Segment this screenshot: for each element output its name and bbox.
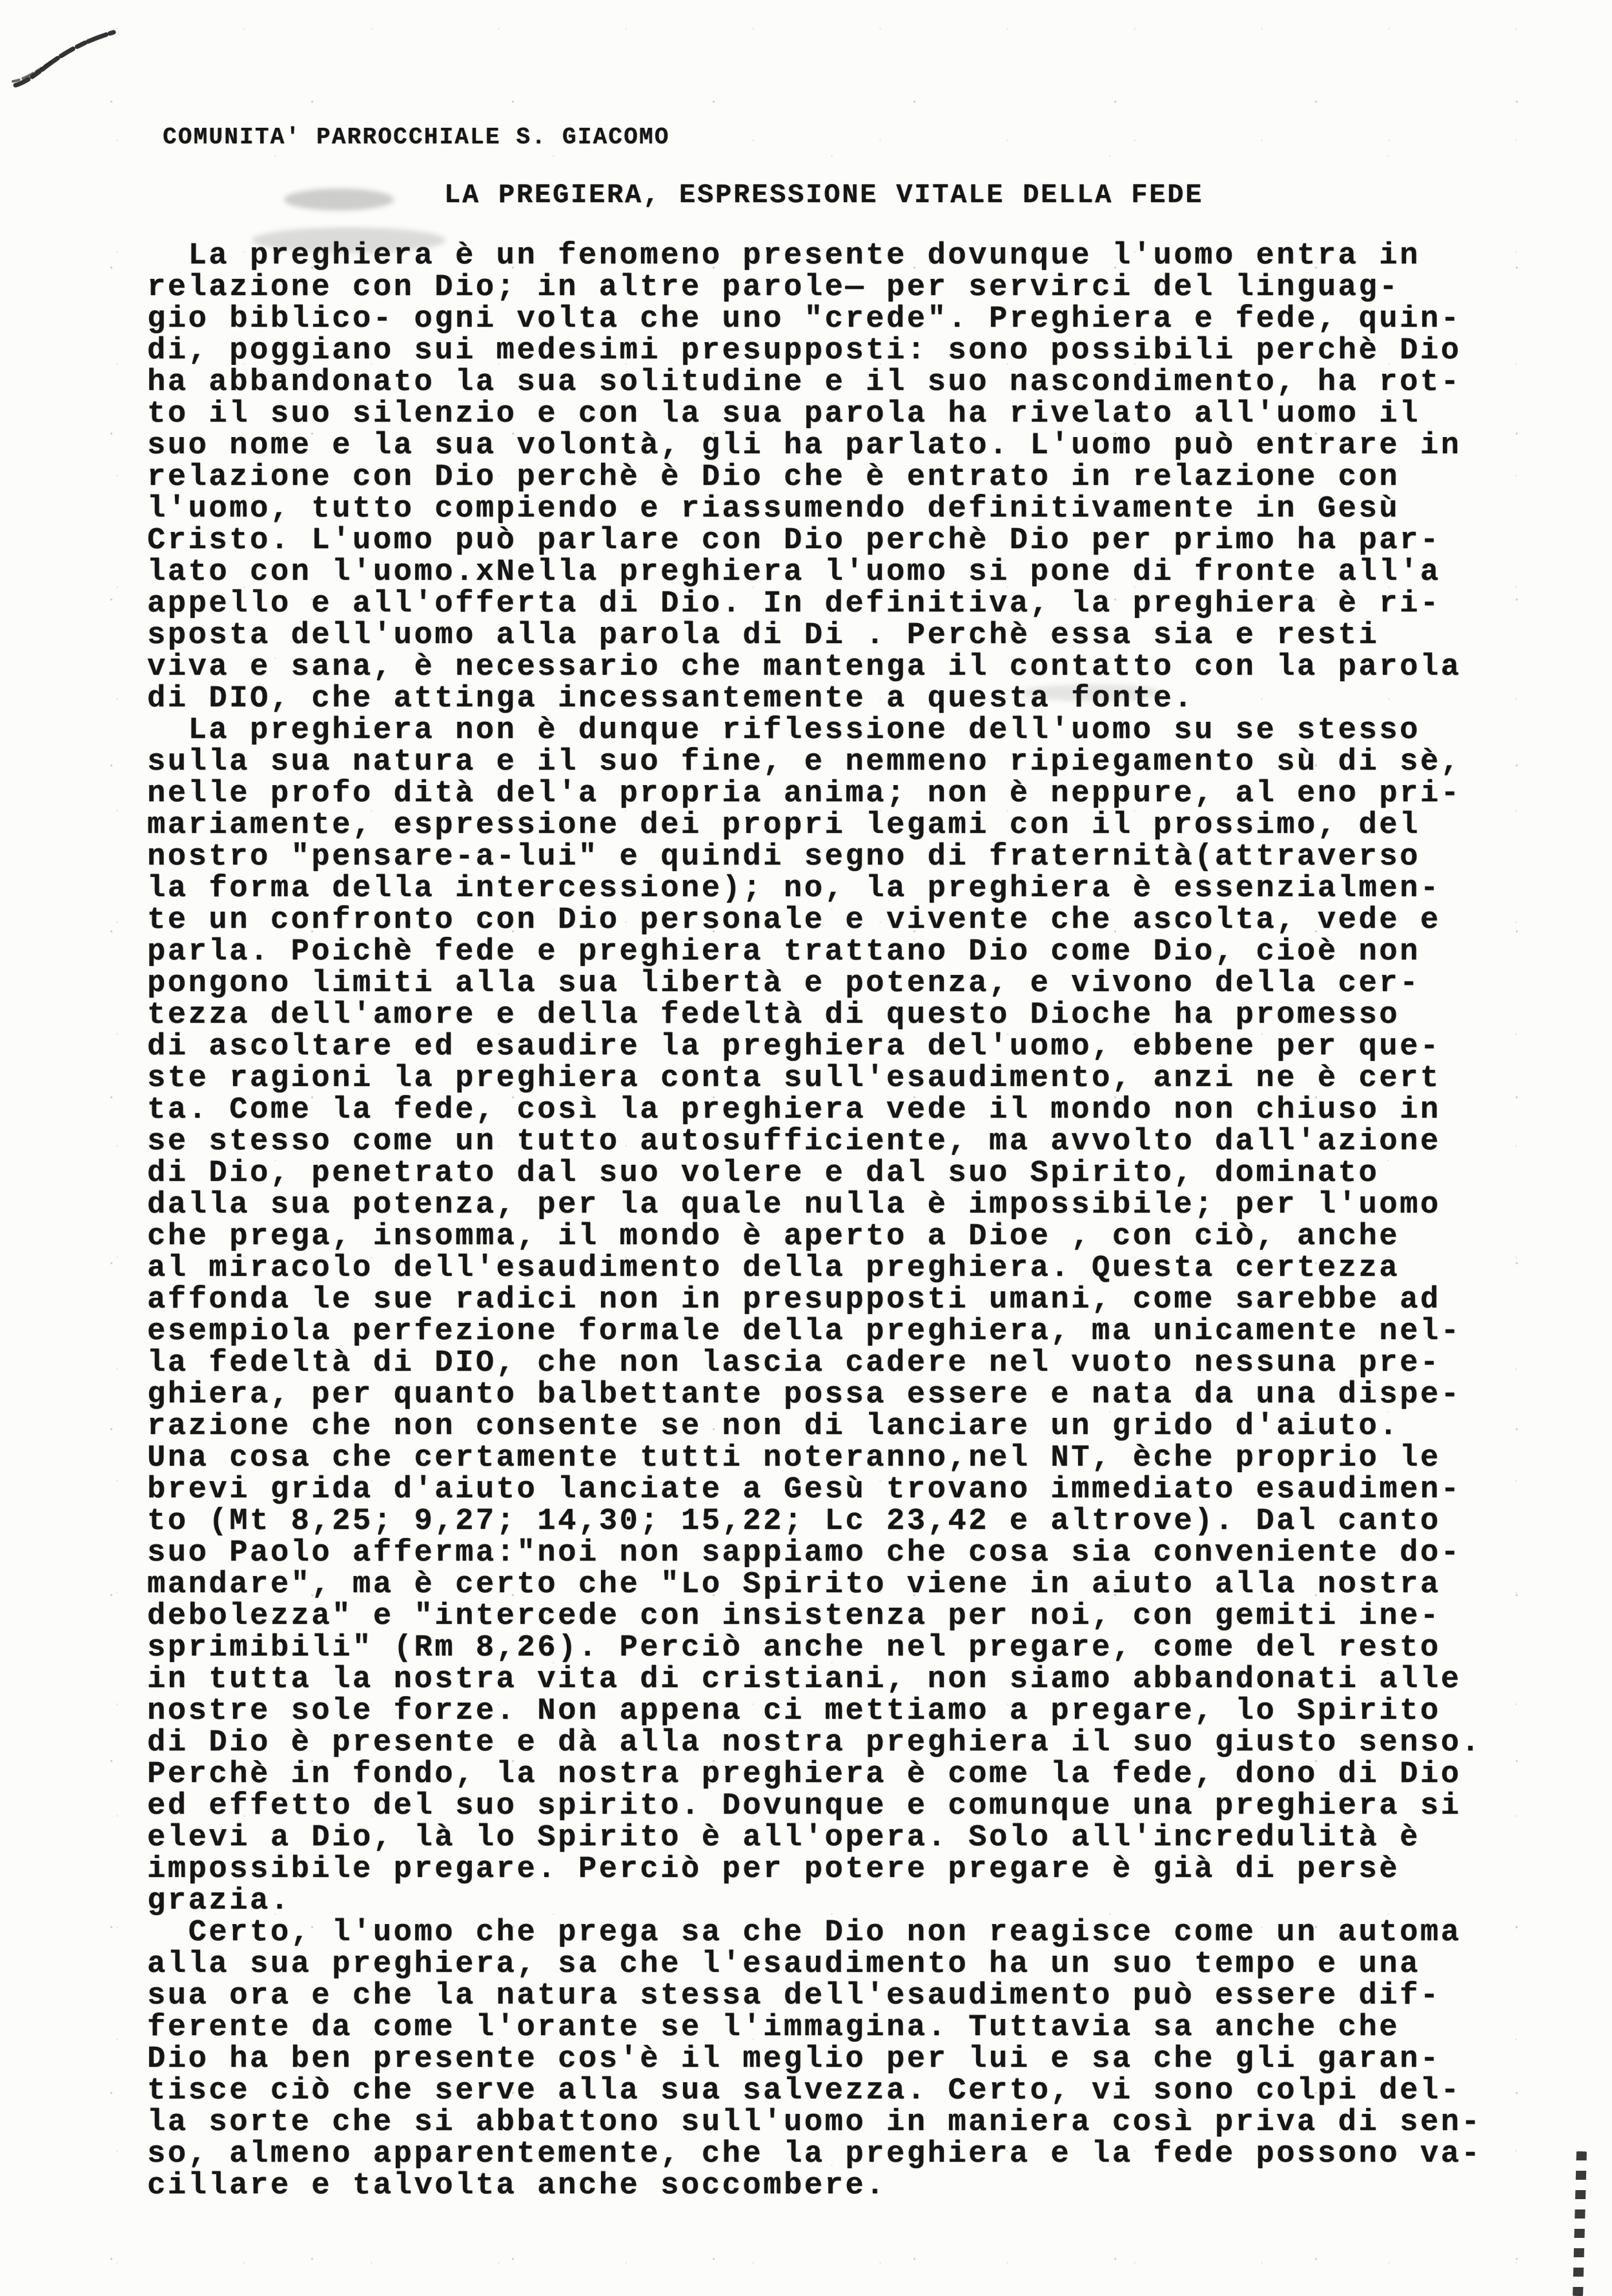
scan-edge-marks bbox=[1573, 2151, 1587, 2296]
paragraph-3: Certo, l'uomo che prega sa che Dio non r… bbox=[147, 1917, 1516, 2202]
document-title: LA PREGIERA, ESPRESSIONE VITALE DELLA FE… bbox=[444, 179, 1203, 210]
document-body: La preghiera è un fenomeno presente dovu… bbox=[147, 240, 1516, 2202]
pen-stroke-mark bbox=[12, 26, 128, 97]
document-header: COMUNITA' PARROCCHIALE S. GIACOMO bbox=[163, 124, 670, 150]
scanned-document-page: COMUNITA' PARROCCHIALE S. GIACOMO LA PRE… bbox=[0, 0, 1612, 2296]
paragraph-1: La preghiera è un fenomeno presente dovu… bbox=[147, 240, 1516, 715]
paragraph-2: La preghiera non è dunque riflessione de… bbox=[147, 715, 1516, 1917]
ink-smudge bbox=[284, 189, 394, 210]
